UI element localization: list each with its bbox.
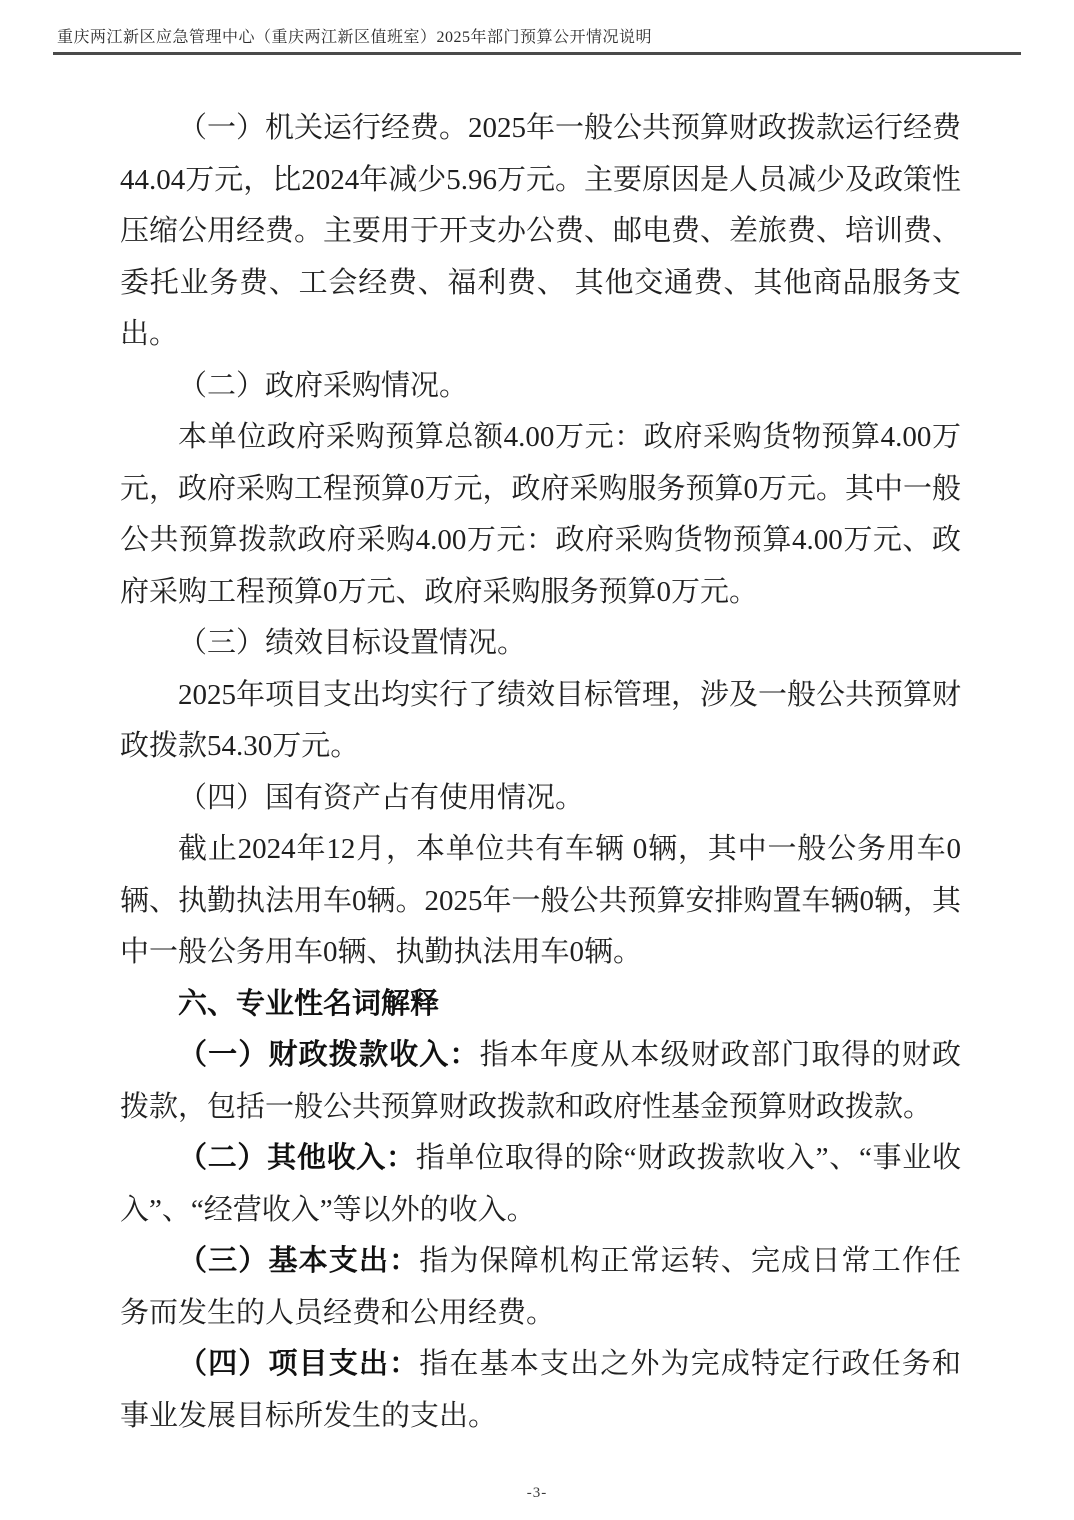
- para-state-assets-detail: 截止2024年12月，本单位共有车辆 0辆，其中一般公务用车0辆、执勤执法用车0…: [120, 824, 961, 979]
- para-government-procurement-title: （二）政府采购情况。: [120, 361, 961, 413]
- para-government-procurement-detail: 本单位政府采购预算总额4.00万元：政府采购货物预算4.00万元，政府采购工程预…: [120, 412, 961, 618]
- text-run: （三）绩效目标设置情况。: [178, 627, 526, 659]
- para-state-assets-title: （四）国有资产占有使用情况。: [120, 773, 961, 825]
- header-title: 重庆两江新区应急管理中心（重庆两江新区值班室）2025年部门预算公开情况说明: [53, 28, 1021, 48]
- text-run: 2025年项目支出均实行了绩效目标管理，涉及一般公共预算财政拨款54.30万元。: [120, 679, 961, 763]
- term-label: （三）基本支出：: [178, 1245, 419, 1277]
- heading-terminology: 六、专业性名词解释: [120, 979, 961, 1031]
- text-run: （一）机关运行经费。2025年一般公共预算财政拨款运行经费44.04万元，比20…: [120, 112, 961, 350]
- page-header: 重庆两江新区应急管理中心（重庆两江新区值班室）2025年部门预算公开情况说明: [53, 28, 1021, 55]
- para-term-basic-expenditure: （三）基本支出：指为保障机构正常运转、完成日常工作任务而发生的人员经费和公用经费…: [120, 1236, 961, 1339]
- page-footer: -3-: [0, 1484, 1074, 1502]
- text-run: （四）国有资产占有使用情况。: [178, 782, 584, 814]
- para-term-other-income: （二）其他收入：指单位取得的除“财政拨款收入”、“事业收入”、“经营收入”等以外…: [120, 1133, 961, 1236]
- text-run: 本单位政府采购预算总额4.00万元：政府采购货物预算4.00万元，政府采购工程预…: [120, 421, 961, 608]
- text-run: 截止2024年12月，本单位共有车辆 0辆，其中一般公务用车0辆、执勤执法用车0…: [120, 833, 961, 968]
- header-rule: [53, 52, 1021, 55]
- document-body: （一）机关运行经费。2025年一般公共预算财政拨款运行经费44.04万元，比20…: [120, 103, 961, 1442]
- para-term-fiscal-appropriation-income: （一）财政拨款收入：指本年度从本级财政部门取得的财政拨款，包括一般公共预算财政拨…: [120, 1030, 961, 1133]
- document-page: 重庆两江新区应急管理中心（重庆两江新区值班室）2025年部门预算公开情况说明 （…: [0, 0, 1074, 1520]
- text-run: （二）政府采购情况。: [178, 370, 468, 402]
- term-label: （二）其他收入：: [178, 1142, 416, 1174]
- para-performance-target-title: （三）绩效目标设置情况。: [120, 618, 961, 670]
- para-term-project-expenditure: （四）项目支出：指在基本支出之外为完成特定行政任务和事业发展目标所发生的支出。: [120, 1339, 961, 1442]
- term-label: （一）财政拨款收入：: [178, 1039, 480, 1071]
- page-number: -3-: [527, 1485, 548, 1501]
- para-organ-operating-expenses: （一）机关运行经费。2025年一般公共预算财政拨款运行经费44.04万元，比20…: [120, 103, 961, 361]
- text-run: 六、专业性名词解释: [178, 988, 439, 1020]
- term-label: （四）项目支出：: [178, 1348, 419, 1380]
- para-performance-target-detail: 2025年项目支出均实行了绩效目标管理，涉及一般公共预算财政拨款54.30万元。: [120, 670, 961, 773]
